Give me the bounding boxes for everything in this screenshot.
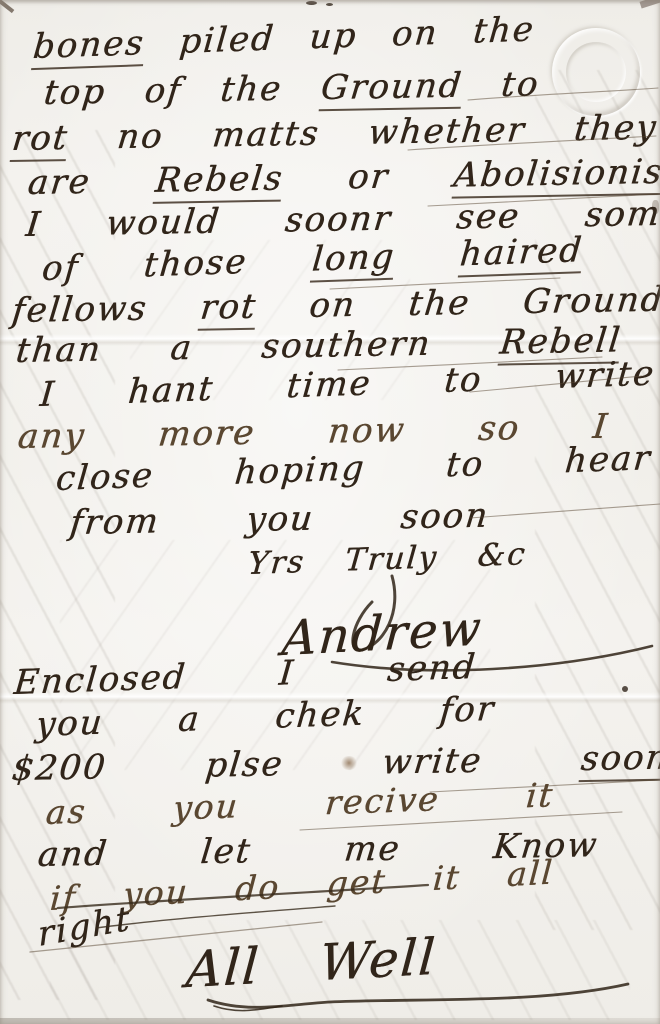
handwriting-word-group: piled up on the xyxy=(178,9,537,62)
handwriting-word-group: rot xyxy=(10,118,71,162)
handwriting-word-group: on the Ground xyxy=(307,280,660,326)
handwriting-line-3: rot no matts whether they xyxy=(10,111,659,158)
handwriting-word-group: from you soon xyxy=(68,496,491,543)
handwriting-line-1: bones piled up on the xyxy=(31,12,536,65)
handwriting-word-group: are xyxy=(26,162,93,203)
handwriting-line-2: top of the Ground to xyxy=(42,67,541,111)
handwriting-line-22: All Well xyxy=(184,931,438,997)
handwriting-layer: bones piled up on thetop of the Ground t… xyxy=(0,0,660,1024)
handwriting-word-group: All Well xyxy=(184,928,439,999)
handwriting-line-12: from you soon xyxy=(68,499,491,542)
handwriting-line-13: Yrs Truly &c xyxy=(247,538,528,580)
handwriting-word-group: Rebels xyxy=(153,159,285,204)
letter-page: bones piled up on thetop of the Ground t… xyxy=(0,0,660,1024)
handwriting-word-group: soon xyxy=(579,737,660,782)
handwriting-word-group: bones xyxy=(31,23,146,70)
handwriting-word-group: Abolisionist xyxy=(451,152,660,199)
handwriting-word-group: top of the xyxy=(42,69,284,113)
handwriting-line-17: $200 plse write soon xyxy=(10,740,660,787)
handwriting-word-group: of those xyxy=(40,242,249,289)
handwriting-word-group: Ground xyxy=(319,66,465,112)
handwriting-word-group: no matts whether they xyxy=(115,108,659,158)
handwriting-word-group: long xyxy=(310,237,397,283)
handwriting-word-group: or xyxy=(346,157,391,198)
handwriting-word-group: fellows xyxy=(10,289,150,331)
handwriting-word-group: to xyxy=(499,64,541,105)
handwriting-word-group: Yrs Truly &c xyxy=(246,536,528,582)
handwriting-word-group: haired xyxy=(458,230,585,277)
handwriting-word-group: rot xyxy=(198,287,259,331)
